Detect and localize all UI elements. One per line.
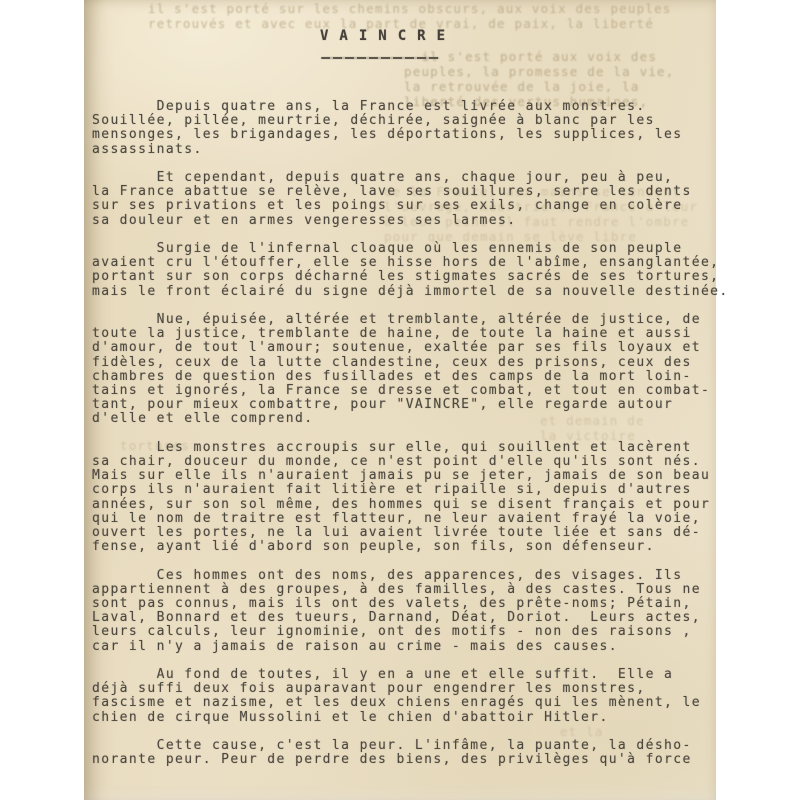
paragraph-2: Et cependant, depuis quatre ans, chaque …: [92, 171, 732, 228]
paragraph-4: Nue, épuisée, altérée et tremblante, alt…: [92, 313, 732, 427]
paragraph-6: Ces hommes ont des noms, des apparences,…: [92, 569, 732, 654]
paragraph-8: Cette cause, c'est la peur. L'infâme, la…: [92, 739, 732, 767]
paragraph-1: Depuis quatre ans, la France est livrée …: [92, 100, 732, 157]
scan-background: il s'est porté sur les chemins obscurs, …: [0, 0, 800, 800]
paragraph-5: Les monstres accroupis sur elle, qui sou…: [92, 441, 732, 555]
paragraph-3: Surgie de l'infernal cloaque où les enne…: [92, 242, 732, 299]
paragraph-7: Au fond de toutes, il y en a une et elle…: [92, 668, 732, 725]
document-title: VAINCRE: [320, 28, 456, 44]
document-body: Depuis quatre ans, la France est livrée …: [92, 100, 732, 782]
document-page: il s'est porté sur les chemins obscurs, …: [84, 0, 716, 800]
title-underline: [321, 57, 439, 59]
bleed-through-text: il s'est porté sur les chemins obscurs, …: [148, 1, 672, 31]
